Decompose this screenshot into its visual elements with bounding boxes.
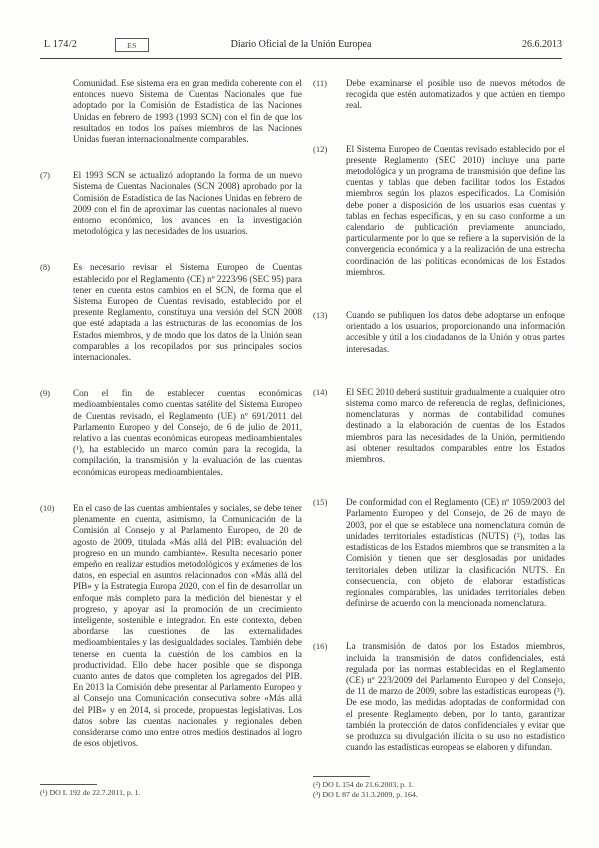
recital-text: El Sistema Europeo de Cuentas revisado e… (346, 144, 565, 278)
recital-number: (12) (313, 144, 346, 278)
recital-number: (13) (313, 310, 346, 355)
recital-paragraph: (10) En el caso de las cuentas ambiental… (40, 503, 302, 749)
page-body: Comunidad. Ese sistema era en gran medid… (40, 78, 565, 848)
recital-text: El SEC 2010 deberá sustituir gradualment… (346, 387, 565, 465)
recital-number: (10) (40, 503, 73, 749)
recital-number: (14) (313, 387, 346, 465)
recital-paragraph: (13) Cuando se publiquen los datos debe … (313, 310, 565, 355)
recital-text: De conformidad con el Reglamento (CE) nº… (346, 497, 565, 609)
recital-paragraph: Comunidad. Ese sistema era en gran medid… (40, 78, 302, 145)
recital-text: Debe examinarse el posible uso de nuevos… (346, 78, 565, 112)
page-header: L 174/2 ES Diario Oficial de la Unión Eu… (40, 38, 562, 54)
right-footnote-list: (²) DO L 154 de 21.6.2003, p. 1. (³) DO … (313, 780, 565, 800)
recital-paragraph: (7) El 1993 SCN se actualizó adoptando l… (40, 170, 302, 237)
recital-paragraph: (12) El Sistema Europeo de Cuentas revis… (313, 144, 565, 278)
left-footnote-list: (¹) DO L 192 de 22.7.2011, p. 1. (40, 788, 302, 798)
recital-number (40, 78, 73, 145)
left-recitals: Comunidad. Ese sistema era en gran medid… (40, 78, 302, 749)
header-rule (40, 58, 562, 59)
recital-number: (8) (40, 262, 73, 363)
recital-number: (7) (40, 170, 73, 237)
left-footnotes: (¹) DO L 192 de 22.7.2011, p. 1. (40, 784, 302, 798)
recital-text: Es necesario revisar el Sistema Europeo … (73, 262, 302, 363)
recital-number: (16) (313, 641, 346, 753)
footnote: (²) DO L 154 de 21.6.2003, p. 1. (313, 780, 565, 790)
right-recitals: (11) Debe examinarse el posible uso de n… (313, 78, 565, 753)
recital-text: Con el fin de establecer cuentas económi… (73, 388, 302, 478)
footnote: (¹) DO L 192 de 22.7.2011, p. 1. (40, 788, 302, 798)
recital-paragraph: (16) La transmisión de datos por los Est… (313, 641, 565, 753)
recital-text: En el caso de las cuentas ambientales y … (73, 503, 302, 749)
right-footnotes: (²) DO L 154 de 21.6.2003, p. 1. (³) DO … (313, 776, 565, 800)
journal-page: L 174/2 ES Diario Oficial de la Unión Eu… (0, 0, 599, 848)
recital-number: (15) (313, 497, 346, 609)
journal-title: Diario Oficial de la Unión Europea (40, 39, 562, 50)
issue-date: 26.6.2013 (522, 39, 562, 50)
recital-paragraph: (8) Es necesario revisar el Sistema Euro… (40, 262, 302, 363)
recital-paragraph: (14) El SEC 2010 deberá sustituir gradua… (313, 387, 565, 465)
right-column: (11) Debe examinarse el posible uso de n… (313, 78, 565, 848)
footnote: (³) DO L 87 de 31.3.2009, p. 164. (313, 790, 565, 800)
recital-number: (11) (313, 78, 346, 112)
left-column: Comunidad. Ese sistema era en gran medid… (40, 78, 302, 848)
recital-paragraph: (15) De conformidad con el Reglamento (C… (313, 497, 565, 609)
footnote-rule (313, 776, 370, 777)
recital-text: Comunidad. Ese sistema era en gran medid… (73, 78, 302, 145)
recital-paragraph: (9) Con el fin de establecer cuentas eco… (40, 388, 302, 478)
recital-text: La transmisión de datos por los Estados … (346, 641, 565, 753)
recital-text: Cuando se publiquen los datos debe adopt… (346, 310, 565, 355)
recital-number: (9) (40, 388, 73, 478)
recital-text: El 1993 SCN se actualizó adoptando la fo… (73, 170, 302, 237)
recital-paragraph: (11) Debe examinarse el posible uso de n… (313, 78, 565, 112)
footnote-rule (40, 784, 97, 785)
